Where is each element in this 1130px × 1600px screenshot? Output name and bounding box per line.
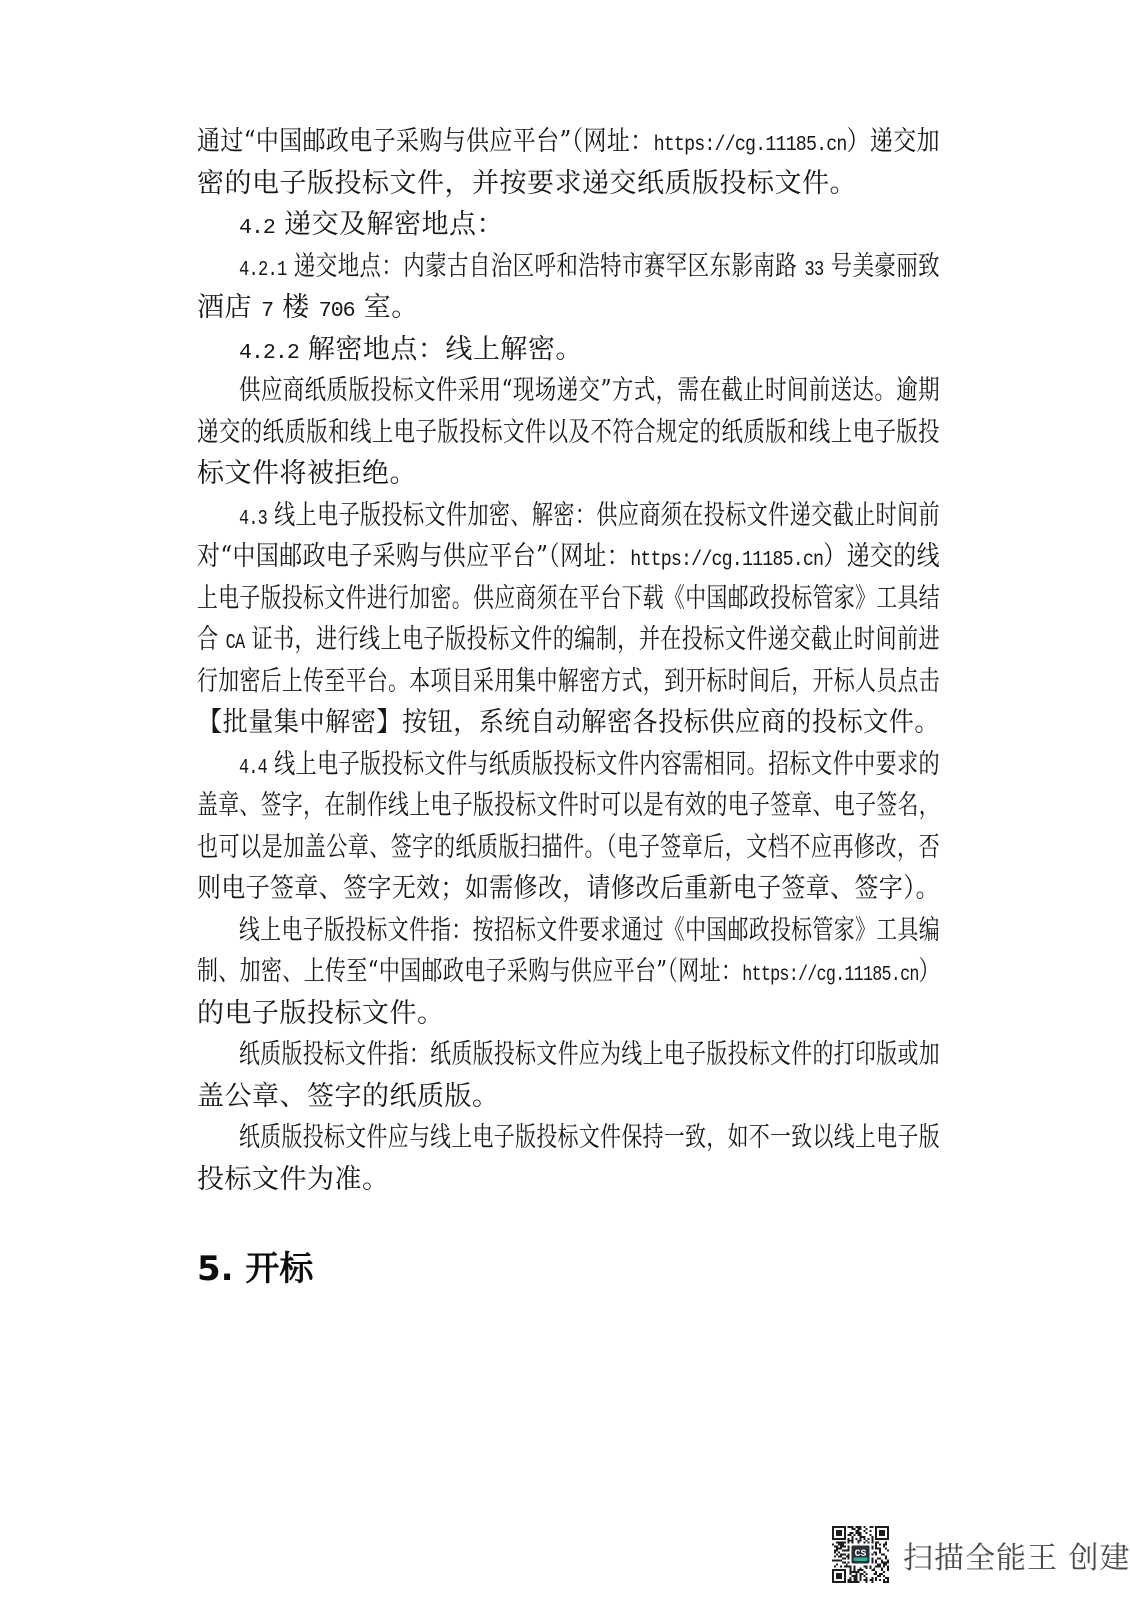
text-line: 4.2.1 递交地点：内蒙古自治区呼和浩特市赛罕区东影南路 33 号美豪丽致 [197, 246, 940, 288]
text-line: 合 CA 证书，进行线上电子版投标文件的编制，并在投标文件递交截止时间前进 [197, 619, 940, 661]
text-line: 纸质版投标文件指：纸质版投标文件应为线上电子版投标文件的打印版或加 [197, 1034, 940, 1076]
text-line: 密的电子版投标文件，并按要求递交纸质版投标文件。 [197, 163, 940, 205]
text-line: 递交的纸质版和线上电子版投标文件以及不符合规定的纸质版和线上电子版投 [197, 412, 940, 454]
text-line: 纸质版投标文件应与线上电子版投标文件保持一致，如不一致以线上电子版 [197, 1117, 940, 1159]
camscanner-qr-icon: CS [832, 1526, 889, 1583]
text-line: 供应商纸质版投标文件采用“现场递交”方式，需在截止时间前送达。逾期 [197, 370, 940, 412]
text-line: 的电子版投标文件。 [197, 993, 940, 1035]
document-page: 通过“中国邮政电子采购与供应平台”（网址：https://cg.11185.cn… [0, 0, 1130, 1600]
text-line: 标文件将被拒绝。 [197, 453, 940, 495]
text-line: 则电子签章、签字无效；如需修改，请修改后重新电子签章、签字）。 [197, 868, 940, 910]
text-line: 行加密后上传至平台。本项目采用集中解密方式，到开标时间后，开标人员点击 [197, 661, 940, 703]
text-line: 对“中国邮政电子采购与供应平台”（网址：https://cg.11185.cn）… [197, 536, 940, 578]
text-line: 制、加密、上传至“中国邮政电子采购与供应平台”（网址：https://cg.11… [197, 951, 940, 993]
text-line: 线上电子版投标文件指：按招标文件要求通过《中国邮政投标管家》工具编 [197, 910, 940, 952]
text-line: 4.3 线上电子版投标文件加密、解密：供应商须在投标文件递交截止时间前 [197, 495, 940, 537]
text-line: 4.2.2 解密地点：线上解密。 [197, 329, 940, 371]
text-line: 4.4 线上电子版投标文件与纸质版投标文件内容需相同。招标文件中要求的 [197, 744, 940, 786]
text-line: 【批量集中解密】按钮，系统自动解密各投标供应商的投标文件。 [197, 702, 940, 744]
text-line: 盖公章、签字的纸质版。 [197, 1076, 940, 1118]
text-line: 通过“中国邮政电子采购与供应平台”（网址：https://cg.11185.cn… [197, 121, 940, 163]
scanner-watermark: CS 扫描全能王 创建 [832, 1526, 1130, 1583]
document-body: 通过“中国邮政电子采购与供应平台”（网址：https://cg.11185.cn… [197, 121, 940, 1200]
text-line: 酒店 7 楼 706 室。 [197, 287, 940, 329]
text-line: 盖章、签字，在制作线上电子版投标文件时可以是有效的电子签章、电子签名， [197, 785, 940, 827]
text-line: 投标文件为准。 [197, 1159, 940, 1201]
section-heading: 5. 开标 [197, 1245, 940, 1293]
text-line: 4.2 递交及解密地点： [197, 204, 940, 246]
scanner-credit-label: 扫描全能王 创建 [903, 1533, 1130, 1577]
svg-text:CS: CS [855, 1548, 867, 1559]
text-line: 也可以是加盖公章、签字的纸质版扫描件。（电子签章后，文档不应再修改，否 [197, 827, 940, 869]
text-line: 上电子版投标文件进行加密。供应商须在平台下载《中国邮政投标管家》工具结 [197, 578, 940, 620]
